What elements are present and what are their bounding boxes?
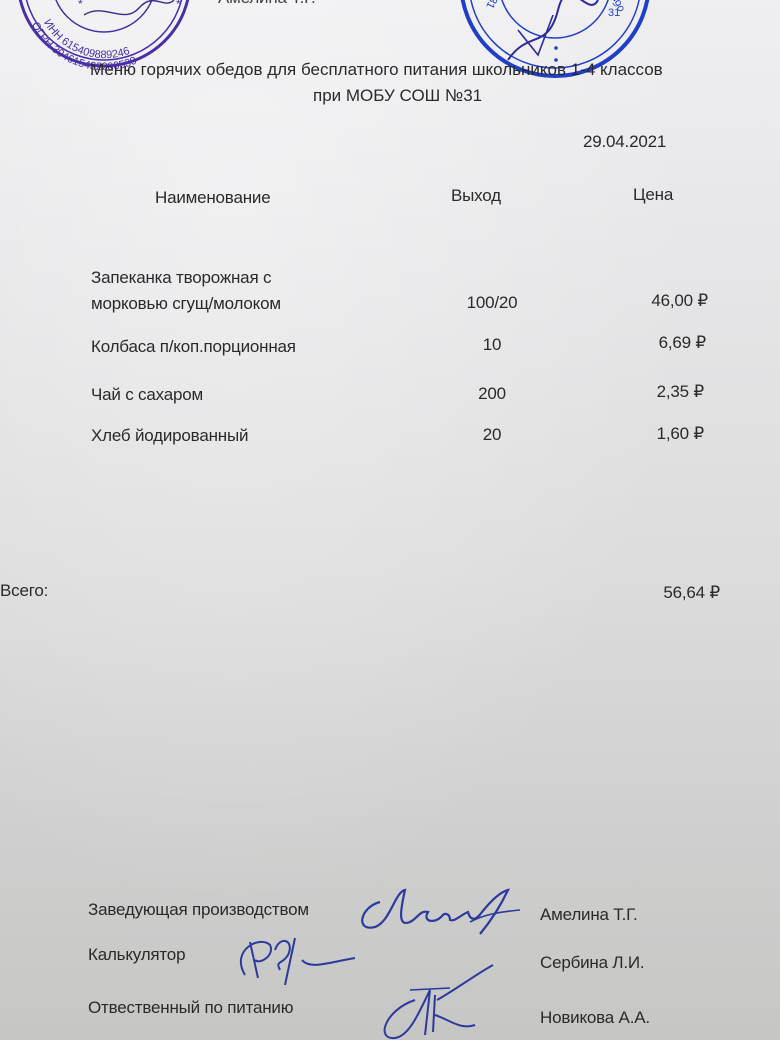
top-cut-name: Амелина Т.Г. <box>218 0 316 8</box>
table-row-name-cont: морковью сгущ/молоком <box>91 294 281 314</box>
signature-role: Отвественный по питанию <box>88 998 293 1018</box>
table-row-price: 1,60 ₽ <box>600 424 704 444</box>
document-title-line2: при МОБУ СОШ №31 <box>313 86 482 106</box>
table-row-name: Запеканка творожная с <box>91 268 271 288</box>
signature-name: Сербина Л.И. <box>540 953 644 973</box>
document-title-line1: Меню горячих обедов для бесплатного пита… <box>90 60 663 80</box>
table-row-price: 46,00 ₽ <box>600 291 708 311</box>
signature-amelina-icon <box>350 882 525 942</box>
table-row-output: 10 <box>452 335 532 355</box>
table-row-output: 100/20 <box>452 293 532 313</box>
signature-novikova-icon <box>375 960 505 1040</box>
stamp-right-number: 31 <box>608 7 620 19</box>
signature-name: Амелина Т.Г. <box>540 905 638 925</box>
signature-role: Калькулятор <box>88 945 185 965</box>
svg-text:*: * <box>78 0 83 11</box>
total-label: Всего: <box>0 581 48 601</box>
table-row-name: Хлеб йодированный <box>91 426 248 446</box>
signature-name: Новикова А.А. <box>540 1008 650 1028</box>
signature-role: Заведующая производством <box>88 900 309 920</box>
table-row-name: Чай с сахаром <box>91 385 203 405</box>
signature-serbina-icon <box>230 930 360 990</box>
column-header-price: Цена <box>633 185 673 205</box>
table-row-price: 2,35 ₽ <box>600 382 704 402</box>
table-row-output: 20 <box>452 425 532 445</box>
column-header-output: Выход <box>451 186 501 206</box>
column-header-name: Наименование <box>155 188 270 208</box>
table-row-price: 6,69 ₽ <box>600 333 706 353</box>
table-row-output: 200 <box>452 384 532 404</box>
total-value: 56,64 ₽ <box>600 583 720 603</box>
document-date: 29.04.2021 <box>583 132 666 152</box>
table-row-name: Колбаса п/коп.порционная <box>91 337 296 357</box>
svg-text:*: * <box>176 0 181 11</box>
